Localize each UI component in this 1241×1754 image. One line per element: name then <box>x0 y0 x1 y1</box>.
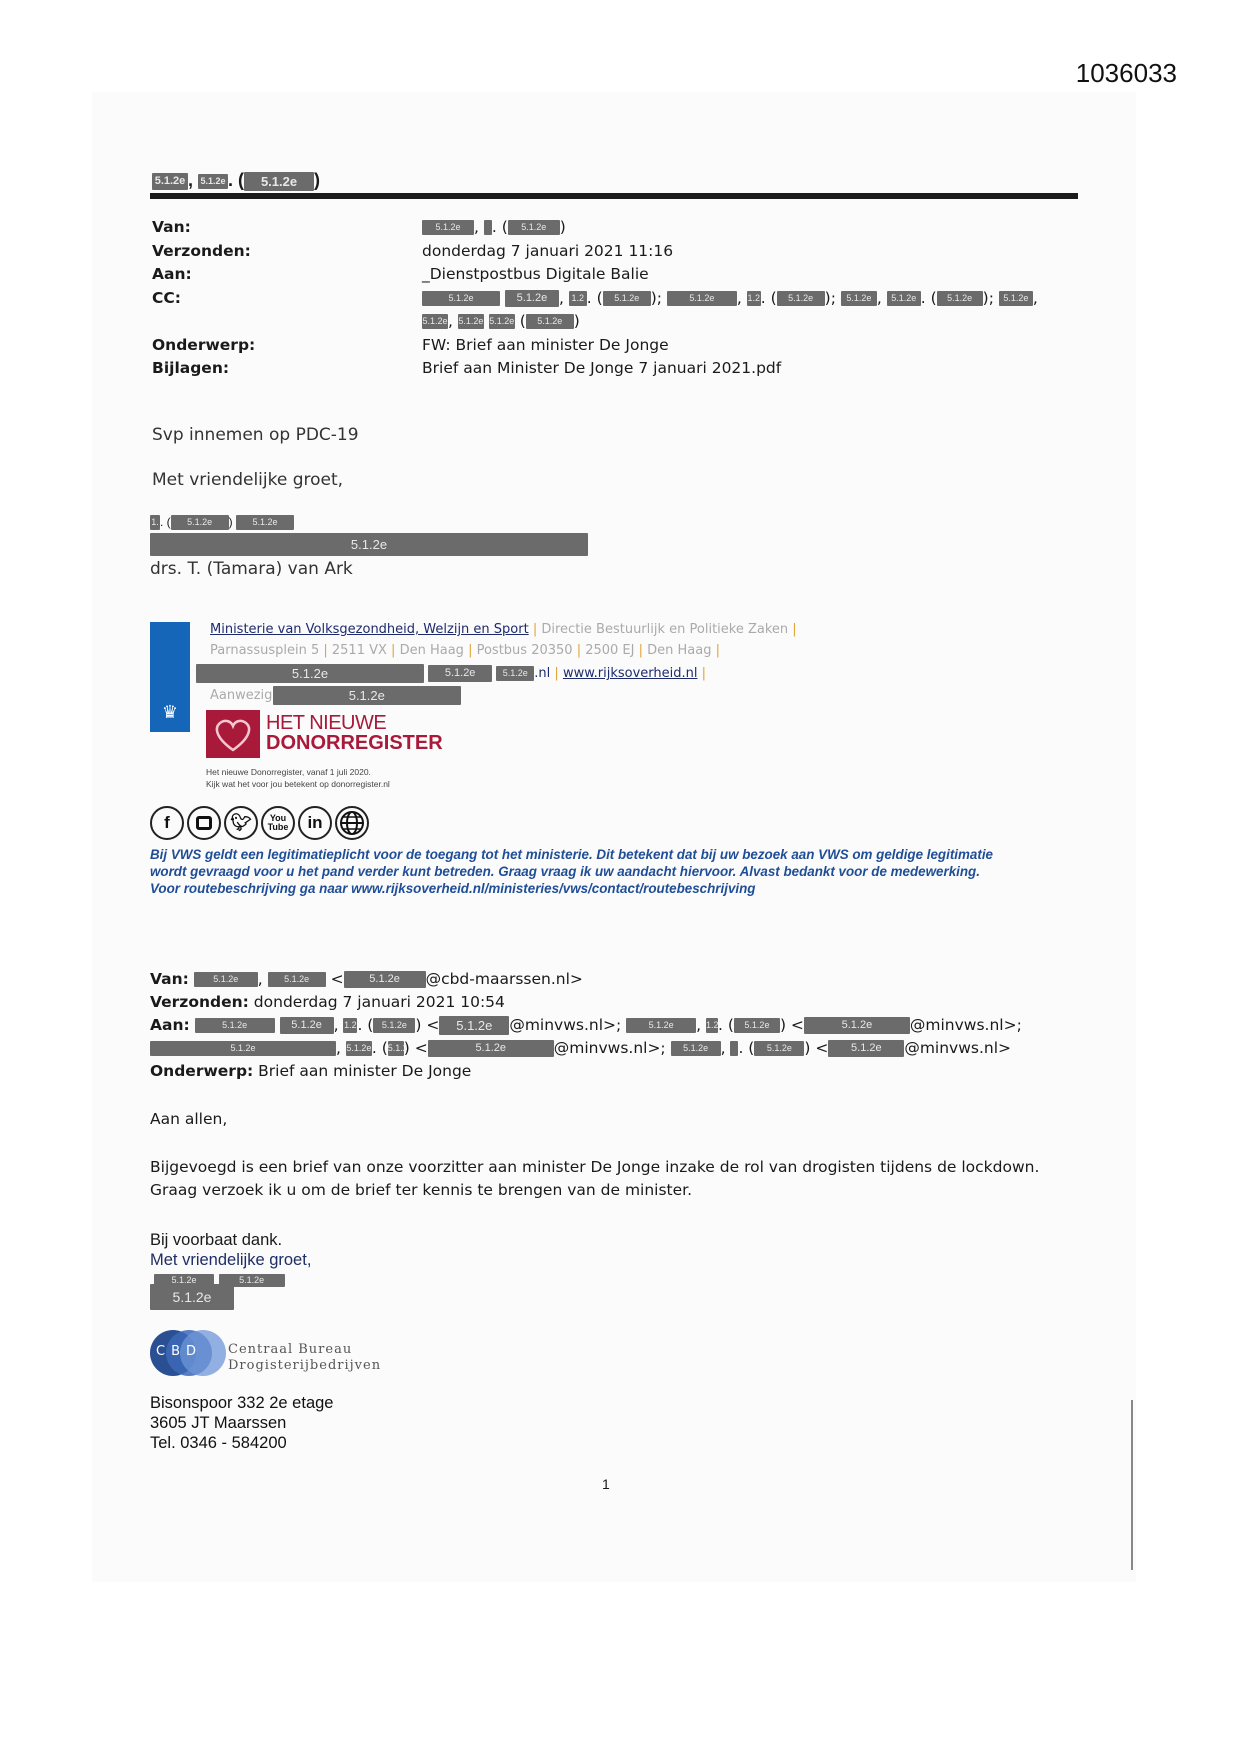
redaction: 5.1.2e <box>887 291 921 306</box>
redaction: 5.1.2e <box>150 1284 234 1310</box>
email2-sent: Verzonden: donderdag 7 januari 2021 10:5… <box>150 991 1022 1014</box>
redaction: 5.1.2e <box>268 972 326 987</box>
cbd-logo: CBD Centraal Bureau Drogisterijbedrijven <box>150 1330 225 1376</box>
email2-to-continued: 5.1.2e, 5.1.2e. (5.1.2) <5.1.2e@minvws.n… <box>150 1037 1022 1060</box>
ministry-contact: 5.1.2e 5.1.2e 5.1.2e.nl | www.rijksoverh… <box>196 664 706 683</box>
redaction: 5.1.2e <box>999 291 1033 306</box>
heart-icon <box>206 710 260 758</box>
redaction: 5.1.2e <box>344 971 426 988</box>
phone-number: Tel. 0346 - 584200 <box>150 1433 333 1453</box>
instagram-icon[interactable] <box>187 806 221 840</box>
youtube-icon[interactable]: YouTube <box>261 806 295 840</box>
redaction: 5.1.2e <box>458 314 484 329</box>
to-label: Aan: <box>152 265 192 283</box>
redaction: 5.1.2e <box>439 1016 509 1035</box>
email2-from: Van: 5.1.2e, 5.1.2e <5.1.2e@cbd-maarssen… <box>150 968 1022 991</box>
email2-closing: Bij voorbaat dank. Met vriendelijke groe… <box>150 1230 311 1310</box>
rijksoverheid-logo-bar: ♛ <box>150 622 190 732</box>
ministry-address: Parnassusplein 5 | 2511 VX | Den Haag | … <box>210 643 720 658</box>
redaction: 5.1.2e <box>236 515 294 530</box>
redaction: 5.1.2e <box>734 1018 780 1033</box>
globe-icon[interactable] <box>335 806 369 840</box>
redaction: 5.1.2e <box>152 173 188 190</box>
redaction: 5.1.2e <box>754 1041 804 1056</box>
redaction: 1. <box>150 515 160 530</box>
redaction: 5.1.2e <box>150 533 588 556</box>
linkedin-icon[interactable]: in <box>298 806 332 840</box>
legal-notice: Bij VWS geldt een legitimatieplicht voor… <box>150 846 1070 897</box>
redaction: 5.1.2e <box>508 220 560 235</box>
redaction: 5.1.2e <box>937 291 983 306</box>
header-rule <box>150 193 1078 199</box>
mailbox-owner: 5.1.2e, 5.1.2e. (5.1.2e) <box>152 170 320 191</box>
email2-greeting: Met vriendelijke groet, <box>150 1250 311 1270</box>
sent-label: Verzonden: <box>152 242 251 260</box>
facebook-icon[interactable]: f <box>150 806 184 840</box>
redaction: 5.1.2e <box>422 220 474 235</box>
redaction: 5.1.2e <box>428 665 492 682</box>
sent-value: donderdag 7 januari 2021 11:16 <box>422 242 673 260</box>
email2-to: Aan: 5.1.2e 5.1.2e, 1.2. (5.1.2e) <5.1.2… <box>150 1014 1022 1037</box>
signer-name: drs. T. (Tamara) van Ark <box>150 559 588 579</box>
rijksoverheid-link[interactable]: www.rijksoverheid.nl <box>563 666 698 681</box>
redaction: 5.1.2e <box>150 1041 336 1056</box>
email1-greeting: Met vriendelijke groet, <box>152 470 343 490</box>
redaction: 5.1.2e <box>198 174 228 189</box>
redaction: 5.1.2e <box>667 291 737 306</box>
email2-body-line1: Bijgevoegd is een brief van onze voorzit… <box>150 1158 1039 1176</box>
redaction: 5.1.2e <box>841 291 877 306</box>
present-line: Aanwezig:5.1.2e <box>210 686 461 705</box>
redaction: 5.1.2e <box>526 314 574 329</box>
directorate: Directie Bestuurlijk en Politieke Zaken <box>541 622 788 637</box>
cbd-address: Bisonspoor 332 2e etage 3605 JT Maarssen… <box>150 1393 333 1453</box>
redaction: 1.2 <box>569 291 587 306</box>
from-label: Van: <box>152 218 191 236</box>
page-number: 1 <box>602 1476 610 1492</box>
email2-header: Van: 5.1.2e, 5.1.2e <5.1.2e@cbd-maarssen… <box>150 968 1022 1083</box>
subject-label: Onderwerp: <box>152 336 255 354</box>
route-link[interactable]: www.rijksoverheid.nl/ministeries/vws/con… <box>351 881 755 896</box>
redaction: 1.2 <box>747 291 761 306</box>
redaction: 5.1.2e <box>154 1274 214 1287</box>
email1-signature: 1.. (5.1.2e) 5.1.2e 5.1.2e drs. T. (Tama… <box>150 515 588 579</box>
email2-body-line2: Graag verzoek ik u om de brief ter kenni… <box>150 1181 692 1199</box>
to-value: _Dienstpostbus Digitale Balie <box>422 265 649 283</box>
redaction <box>730 1041 738 1056</box>
document-number: 1036033 <box>1076 58 1177 89</box>
social-icons: f 🐦︎ YouTube in <box>150 806 369 840</box>
redaction: 5.1.2e <box>804 1017 910 1034</box>
redaction: 5.1.2e <box>422 291 500 306</box>
redaction: 5.1.2e <box>194 972 258 987</box>
redaction: 5.1.2e <box>346 1041 372 1056</box>
crest-icon: ♛ <box>155 700 185 724</box>
email2-salutation: Aan allen, <box>150 1110 227 1128</box>
redaction <box>484 220 492 235</box>
cc-value: 5.1.2e 5.1.2e, 1.2. (5.1.2e); 5.1.2e, 1.… <box>422 289 1038 307</box>
redaction: 5.1.2e <box>244 172 314 191</box>
redaction: 5.1.2e <box>505 290 559 307</box>
redaction: 5.1.2e <box>280 1017 334 1034</box>
email1-body: Svp innemen op PDC-19 <box>152 425 359 445</box>
attachment-link[interactable]: Brief aan Minister De Jonge 7 januari 20… <box>422 359 781 377</box>
redaction: 5.1.2e <box>496 666 534 681</box>
redaction: 5.1.2e <box>603 291 651 306</box>
redaction: 5.1.2e <box>219 1274 285 1287</box>
twitter-icon[interactable]: 🐦︎ <box>224 806 258 840</box>
document-page: 1036033 5.1.2e, 5.1.2e. (5.1.2e) Van: 5.… <box>0 0 1241 1754</box>
thanks-line: Bij voorbaat dank. <box>150 1230 311 1250</box>
redaction: 5.1.2e <box>671 1041 721 1056</box>
redaction: 1.2 <box>706 1018 718 1033</box>
scan-edge <box>1131 1400 1133 1570</box>
from-value: 5.1.2e, . (5.1.2e) <box>422 218 566 236</box>
redaction: 5.1.2e <box>171 515 229 530</box>
redaction: 5.1.2e <box>428 1040 554 1057</box>
redaction: 5.1.2e <box>626 1018 696 1033</box>
redaction: 5.1.2 <box>388 1041 404 1056</box>
cc-label: CC: <box>152 289 181 307</box>
redaction: 5.1.2e <box>273 686 461 705</box>
cc-value-continued: 5.1.2e, 5.1.2e 5.1.2e (5.1.2e) <box>422 312 580 330</box>
ministry-link[interactable]: Ministerie van Volksgezondheid, Welzijn … <box>210 622 529 637</box>
redaction: 5.1.2e <box>373 1018 415 1033</box>
redaction: 5.1.2e <box>195 1018 275 1033</box>
subject-value: FW: Brief aan minister De Jonge <box>422 336 669 354</box>
email2-subject: Onderwerp: Brief aan minister De Jonge <box>150 1060 1022 1083</box>
redaction: 5.1.2e <box>828 1040 904 1057</box>
redaction: 5.1.2e <box>422 314 448 329</box>
redaction: 5.1.2e <box>196 664 424 683</box>
redaction: 5.1.2e <box>777 291 825 306</box>
redaction: 5.1.2e <box>489 314 515 329</box>
redaction: 1.2 <box>343 1018 357 1033</box>
attachments-label: Bijlagen: <box>152 359 229 377</box>
